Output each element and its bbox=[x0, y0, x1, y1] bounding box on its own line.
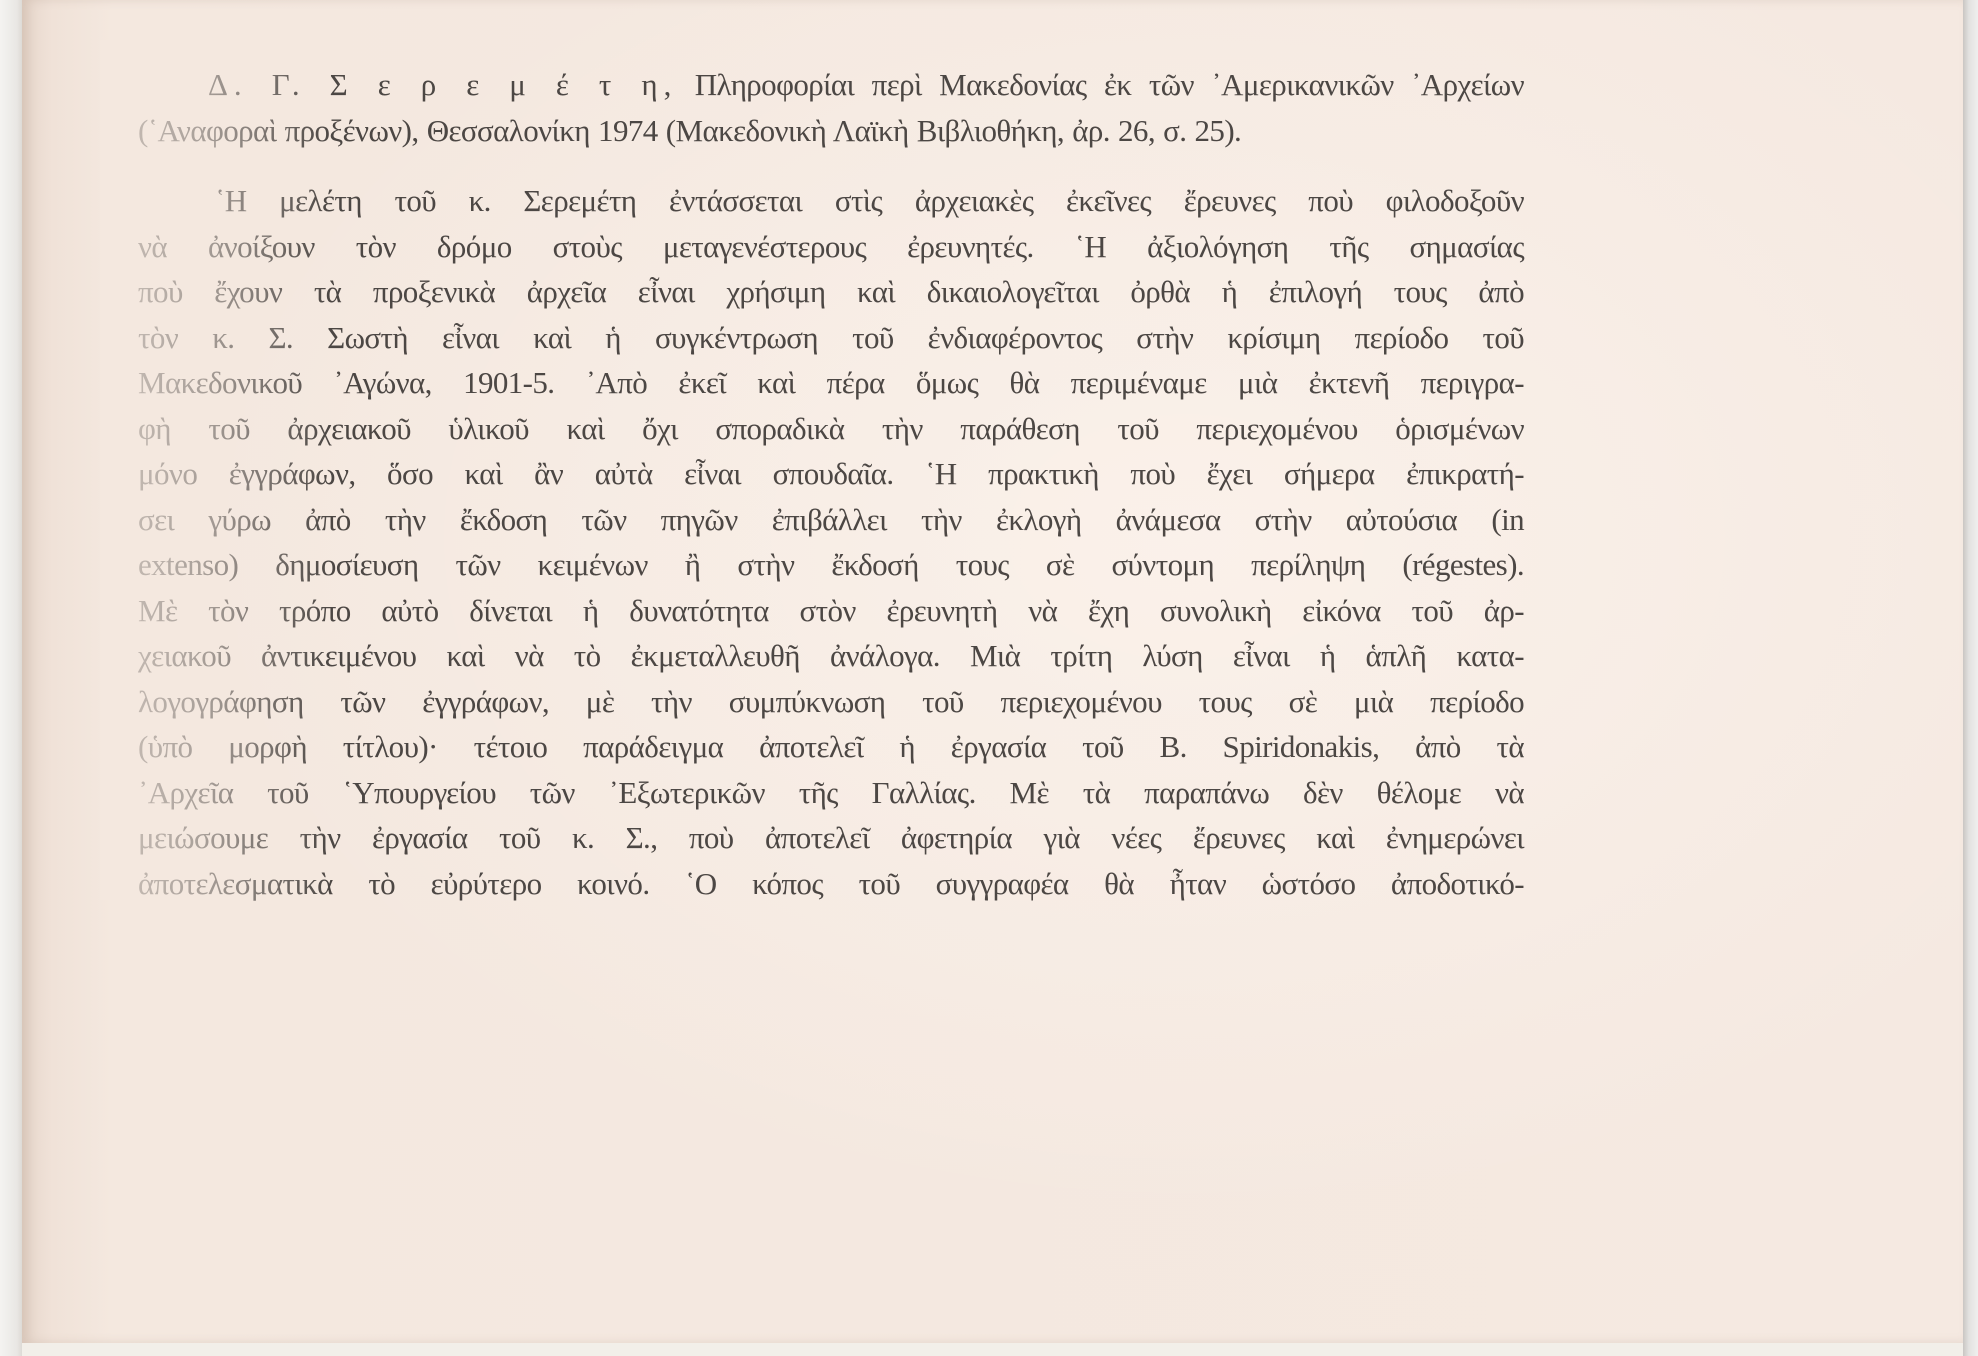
review-line: ῾Η μελέτη τοῦ κ. Σερεμέτη ἐντάσσεται στὶ… bbox=[138, 178, 1524, 224]
review-line: τὸν κ. Σ. Σωστὴ εἶναι καὶ ἡ συγκέντρωση … bbox=[138, 315, 1524, 361]
citation-line-2: (῾Αναφοραὶ προξένων), Θεσσαλονίκη 1974 (… bbox=[138, 108, 1524, 154]
review-line: σει γύρω ἀπὸ τὴν ἔκδοση τῶν πηγῶν ἐπιβάλ… bbox=[138, 497, 1524, 543]
review-line: ἀποτελεσματικὰ τὸ εὐρύτερο κοινό. ῾Ο κόπ… bbox=[138, 861, 1524, 907]
review-line: χειακοῦ ἀντικειμένου καὶ νὰ τὸ ἐκμεταλλε… bbox=[138, 633, 1524, 679]
review-line: Μακεδονικοῦ ᾿Αγώνα, 1901-5. ᾿Απὸ ἐκεῖ κα… bbox=[138, 360, 1524, 406]
review-line: ᾿Αρχεῖα τοῦ ῾Υπουργείου τῶν ᾿Εξωτερικῶν … bbox=[138, 770, 1524, 816]
citation-author: Δ. Γ. Σ ε ρ ε μ έ τ η, bbox=[208, 67, 677, 102]
review-line: νὰ ἀνοίξουν τὸν δρόμο στοὺς μεταγενέστερ… bbox=[138, 224, 1524, 270]
citation-line-1: Δ. Γ. Σ ε ρ ε μ έ τ η, Πληροφορίαι περὶ … bbox=[138, 62, 1524, 108]
page-bottom-edge bbox=[22, 1343, 1963, 1356]
review-line: λογογράφηση τῶν ἐγγράφων, μὲ τὴν συμπύκν… bbox=[138, 679, 1524, 725]
review-line: ποὺ ἔχουν τὰ προξενικὰ ἀρχεῖα εἶναι χρήσ… bbox=[138, 269, 1524, 315]
review-paragraph: ῾Η μελέτη τοῦ κ. Σερεμέτη ἐντάσσεται στὶ… bbox=[138, 178, 1524, 906]
review-line: φὴ τοῦ ἀρχειακοῦ ὑλικοῦ καὶ ὄχι σποραδικ… bbox=[138, 406, 1524, 452]
book-binding-edge bbox=[0, 0, 24, 1356]
review-line: μειώσουμε τὴν ἐργασία τοῦ κ. Σ., ποὺ ἀπο… bbox=[138, 815, 1524, 861]
review-line: extenso) δημοσίευση τῶν κειμένων ἢ στὴν … bbox=[138, 542, 1524, 588]
page-right-edge bbox=[1963, 0, 1978, 1356]
citation-title: Πληροφορίαι περὶ Μακεδονίας ἐκ τῶν ᾿Αμερ… bbox=[695, 67, 1524, 102]
review-line: Μὲ τὸν τρόπο αὐτὸ δίνεται ἡ δυνατότητα σ… bbox=[138, 588, 1524, 634]
review-line: (ὑπὸ μορφὴ τίτλου)· τέτοιο παράδειγμα ἀπ… bbox=[138, 724, 1524, 770]
bibliographic-citation: Δ. Γ. Σ ε ρ ε μ έ τ η, Πληροφορίαι περὶ … bbox=[138, 62, 1524, 153]
review-line: μόνο ἐγγράφων, ὅσο καὶ ἂν αὐτὰ εἶναι σπο… bbox=[138, 451, 1524, 497]
